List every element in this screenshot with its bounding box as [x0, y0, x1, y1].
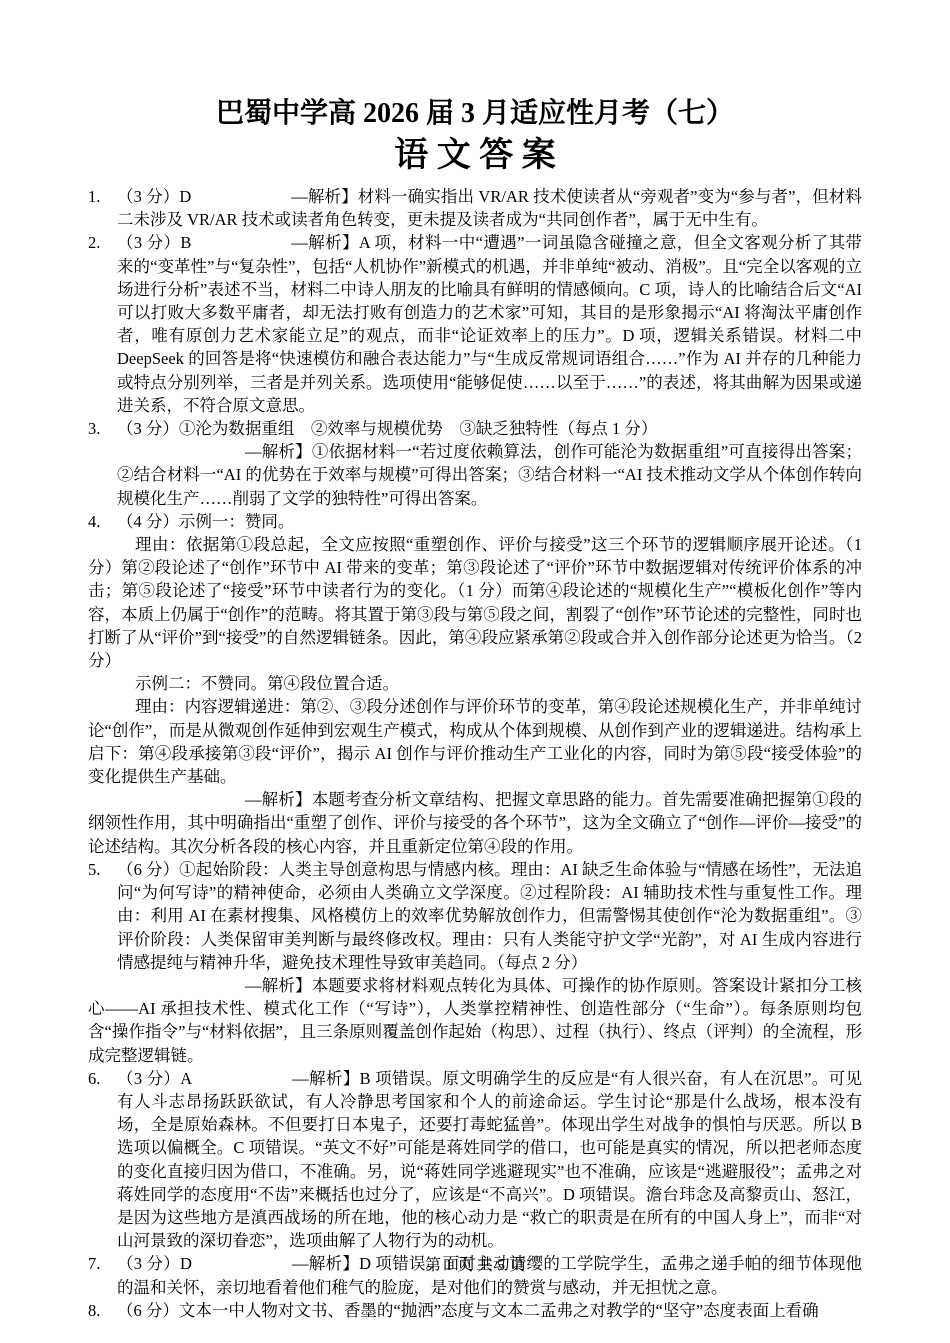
- analysis-text: —解析】本题考查分析文章结构、把握文章思路的能力。首先需要准确把握第①段的纲领性…: [88, 788, 862, 858]
- score-and-answer: （3 分）B: [117, 233, 191, 252]
- document-page: 巴蜀中学高 2026 届 3 月适应性月考（七） 语 文 答 案 1.（3 分）…: [0, 0, 950, 1343]
- question-4: 4. （4 分）示例一：赞同。 理由：依据第①段总起，全文应按照“重塑创作、评价…: [88, 510, 862, 858]
- question-3: 3. （3 分）①沦为数据重组 ②效率与规模优势 ③缺乏独特性（每点 1 分） …: [88, 417, 862, 510]
- analysis-text: —解析】A 项，材料一中“遭遇”一词虽隐含碰撞之意，但全文客观分析了其带来的“变…: [117, 233, 862, 414]
- analysis-text: —解析】B 项错误。原文明确学生的反应是“有人很兴奋，有人在沉思”。可见有人斗志…: [117, 1069, 862, 1250]
- question-number: 8.: [88, 1299, 100, 1322]
- score-and-answer: （3 分）A: [117, 1069, 192, 1088]
- page-number-footer: 第 1 页 共 5 页: [0, 1252, 950, 1275]
- reason-paragraph: 理由：依据第①段总起，全文应按照“重塑创作、评价与接受”这三个环节的逻辑顺序展开…: [88, 533, 862, 672]
- document-content: 巴蜀中学高 2026 届 3 月适应性月考（七） 语 文 答 案 1.（3 分）…: [88, 96, 862, 1322]
- answers-list: 1.（3 分）D—解析】材料一确实指出 VR/AR 技术使读者从“旁观者”变为“…: [88, 185, 862, 1322]
- document-title: 巴蜀中学高 2026 届 3 月适应性月考（七）: [88, 96, 862, 132]
- question-number: 1.: [88, 185, 100, 208]
- question-6: 6.（3 分）A—解析】B 项错误。原文明确学生的反应是“有人很兴奋，有人在沉思…: [88, 1067, 862, 1253]
- analysis-text: —解析】本题要求将材料观点转化为具体、可操作的协作原则。答案设计紧扣分工核心——…: [88, 974, 862, 1067]
- answer-lead: （4 分）示例一：赞同。: [117, 510, 862, 533]
- score-and-answer: （3 分）D: [117, 187, 191, 206]
- question-number: 4.: [88, 510, 100, 533]
- reason-paragraph: 理由：内容逻辑递进：第②、③段分述创作与评价环节的变革，第④段论述规模化生产，并…: [88, 695, 862, 788]
- question-number: 3.: [88, 417, 100, 440]
- question-8: 8.（6 分）文本一中人物对文书、香墨的“抛洒”态度与文本二孟弗之对教学的“坚守…: [88, 1299, 862, 1322]
- question-2: 2.（3 分）B—解析】A 项，材料一中“遭遇”一词虽隐含碰撞之意，但全文客观分…: [88, 231, 862, 417]
- answer-lead: （3 分）①沦为数据重组 ②效率与规模优势 ③缺乏独特性（每点 1 分）: [117, 417, 862, 440]
- question-number: 6.: [88, 1067, 100, 1090]
- question-number: 2.: [88, 231, 100, 254]
- analysis-text: —解析】①依据材料一“若过度依赖算法，创作可能沦为数据重组”可直接得出答案；②结…: [117, 440, 862, 510]
- question-5: 5.（6 分）①起始阶段：人类主导创意构思与情感内核。理由：AI 缺乏生命体验与…: [88, 858, 862, 1067]
- answer-lead: （6 分）文本一中人物对文书、香墨的“抛洒”态度与文本二孟弗之对教学的“坚守”态…: [117, 1301, 819, 1320]
- answer-lead: （6 分）①起始阶段：人类主导创意构思与情感内核。理由：AI 缺乏生命体验与“情…: [117, 860, 862, 972]
- example-paragraph: 示例二：不赞同。第④段位置合适。: [88, 672, 862, 695]
- question-number: 5.: [88, 858, 100, 881]
- analysis-text: —解析】材料一确实指出 VR/AR 技术使读者从“旁观者”变为“参与者”，但材料…: [117, 187, 862, 229]
- question-1: 1.（3 分）D—解析】材料一确实指出 VR/AR 技术使读者从“旁观者”变为“…: [88, 185, 862, 231]
- document-subtitle: 语 文 答 案: [88, 135, 862, 177]
